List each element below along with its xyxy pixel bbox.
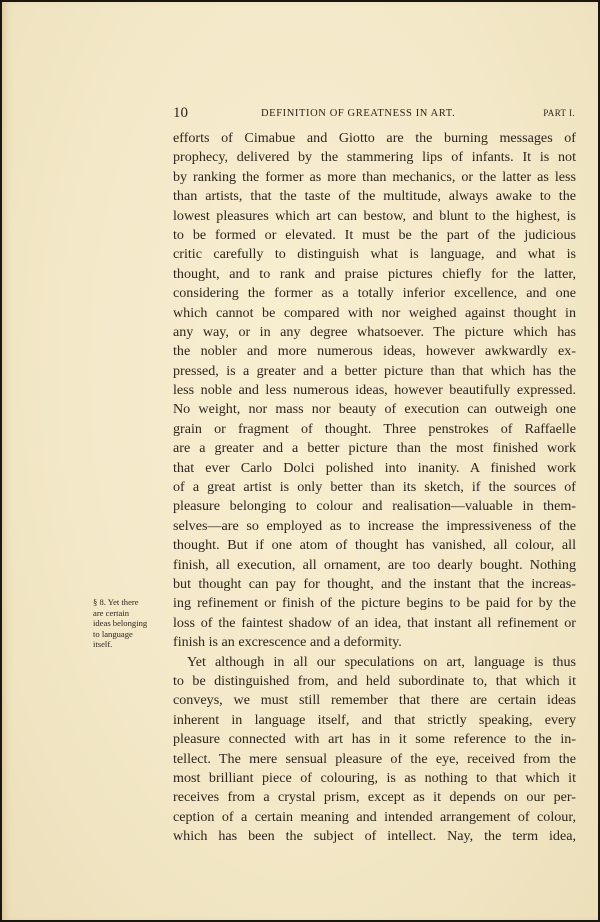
running-head: 10 DEFINITION OF GREATNESS IN ART. PART …: [173, 105, 575, 123]
text-line: any way, or in any degree whatsoever. Th…: [173, 323, 576, 342]
text-line: most brilliant piece of colouring, is as…: [173, 769, 576, 788]
text-line: ing refinement or finish of the picture …: [173, 594, 576, 613]
text-line: lowest pleasures which art can bestow, a…: [173, 207, 576, 226]
text-line: receives from a crystal prism, except as…: [173, 788, 576, 807]
text-line: which has been the subject of intellect.…: [173, 827, 576, 846]
part-label: PART I.: [543, 108, 575, 118]
text-line: are a greater and a better picture than …: [173, 439, 576, 458]
text-line: selves—are so employed as to increase th…: [173, 517, 576, 536]
text-line: finish is an excrescence and a deformity…: [173, 633, 576, 652]
text-line: efforts of Cimabue and Giotto are the bu…: [173, 129, 576, 148]
text-line: conveys, we must still remember that the…: [173, 691, 576, 710]
margin-note-line: are certain: [93, 608, 173, 619]
text-line: considering the former as a totally infe…: [173, 284, 576, 303]
text-line: pleasure belonging to colour and realisa…: [173, 497, 576, 516]
text-line: thought, and to rank and praise pictures…: [173, 265, 576, 284]
text-line: less noble and less numerous ideas, howe…: [173, 381, 576, 400]
text-line: to be formed or elevated. It must be the…: [173, 226, 576, 245]
margin-note-line: § 8. Yet there: [93, 597, 173, 608]
text-line: by ranking the former as more than mecha…: [173, 168, 576, 187]
text-line: finish, all execution, all ornament, are…: [173, 556, 576, 575]
text-line: which cannot be compared with nor weighe…: [173, 304, 576, 323]
text-line: tellect. The mere sensual pleasure of th…: [173, 750, 576, 769]
text-line: to be distinguished from, and held subor…: [173, 672, 576, 691]
chapter-title: DEFINITION OF GREATNESS IN ART.: [261, 108, 455, 119]
book-page: 10 DEFINITION OF GREATNESS IN ART. PART …: [2, 2, 598, 920]
margin-note-line: to language: [93, 629, 173, 640]
text-line: inherent in language itself, and that st…: [173, 711, 576, 730]
text-line: No weight, nor mass nor beauty of execut…: [173, 400, 576, 419]
margin-note-line: ideas belonging: [93, 618, 173, 629]
text-line: but thought can pay for thought, and the…: [173, 575, 576, 594]
body-text: efforts of Cimabue and Giotto are the bu…: [173, 129, 576, 846]
text-line: Yet although in all our speculations on …: [173, 653, 576, 672]
text-line: pleasure connected with art has in it so…: [173, 730, 576, 749]
margin-note: § 8. Yet there are certain ideas belongi…: [93, 597, 173, 650]
page-number: 10: [173, 105, 188, 122]
margin-note-line: itself.: [93, 639, 173, 650]
text-line: pressed, is a greater and a better pictu…: [173, 362, 576, 381]
text-line: ception of a certain meaning and intende…: [173, 808, 576, 827]
text-line: thought. But if one atom of thought has …: [173, 536, 576, 555]
text-line: grain or fragment of thought. Three pens…: [173, 420, 576, 439]
text-line: than artists, that the taste of the mult…: [173, 187, 576, 206]
text-line: critic carefully to distinguish what is …: [173, 245, 576, 264]
text-line: prophecy, delivered by the stammering li…: [173, 148, 576, 167]
text-line: loss of the faintest shadow of an idea, …: [173, 614, 576, 633]
text-line: the nobler and more numerous ideas, howe…: [173, 342, 576, 361]
text-line: of a great artist is only better than it…: [173, 478, 576, 497]
text-line: that ever Carlo Dolci polished into inan…: [173, 459, 576, 478]
